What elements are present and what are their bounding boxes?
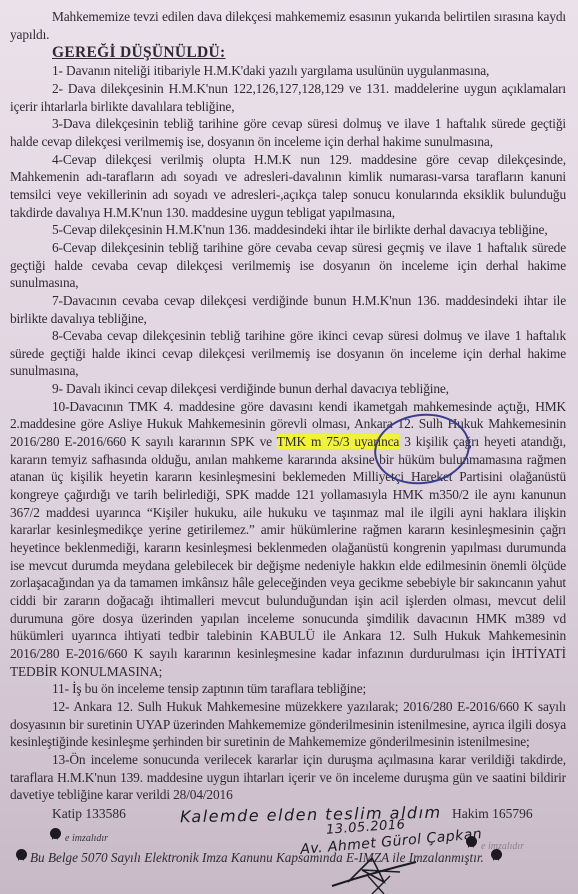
decision-item: 7-Davacının cevaba cevap dilekçesi verdi… bbox=[10, 292, 566, 327]
judge-label: Hakim 165796 bbox=[452, 806, 533, 822]
decision-items: 1- Davanın niteliği itibariyle H.M.K'dak… bbox=[10, 62, 566, 804]
court-document: Mahkememize tevzi edilen dava dilekçesi … bbox=[10, 8, 566, 804]
highlighted-text: TMK m 75/3 uyarınca bbox=[277, 434, 400, 449]
decision-item: 8-Cevaba cevap dilekçesinin tebliğ tarih… bbox=[10, 327, 566, 380]
decision-item: 13-Ön inceleme sonucunda verilecek karar… bbox=[10, 751, 566, 804]
decision-item: 3-Dava dilekçesinin tebliğ tarihine göre… bbox=[10, 115, 566, 150]
decision-item: 1- Davanın niteliği itibariyle H.M.K'dak… bbox=[10, 62, 566, 80]
signature-scrawl bbox=[328, 852, 438, 894]
item10-text-cont: 3 kişilik çağrı heyeti atandığı, kararın… bbox=[10, 434, 566, 679]
decision-item-10: 10-Davacının TMK 4. maddesine göre davas… bbox=[10, 398, 566, 681]
decision-item: 6-Cevap dilekçesinin tebliğ tarihine gör… bbox=[10, 239, 566, 292]
decision-item: 5-Cevap dilekçesinin H.M.K'nun 136. madd… bbox=[10, 221, 566, 239]
decision-item: 11- İş bu ön inceleme tensip zaptının tü… bbox=[10, 680, 566, 698]
rosette-seal-icon bbox=[491, 849, 502, 864]
decision-item: 9- Davalı ikinci cevap dilekçesi verdiği… bbox=[10, 380, 566, 398]
clerk-label: Katip 133586 bbox=[52, 806, 126, 822]
decision-item: 4-Cevap dilekçesi verilmiş olupta H.M.K … bbox=[10, 151, 566, 222]
decision-item: 2- Dava dilekçesinin H.M.K'nun 122,126,1… bbox=[10, 80, 566, 115]
e-signed-label: e imzalıdır bbox=[65, 833, 108, 844]
intro-paragraph: Mahkememize tevzi edilen dava dilekçesi … bbox=[10, 8, 566, 43]
rosette-seal-icon bbox=[50, 828, 61, 843]
decision-item: 12- Ankara 12. Sulh Hukuk Mahkemesine mü… bbox=[10, 698, 566, 751]
decision-heading: GEREĞİ DÜŞÜNÜLDÜ: bbox=[52, 43, 566, 62]
rosette-seal-icon bbox=[16, 849, 27, 864]
clerk-esign: e imzalıdır bbox=[50, 828, 108, 846]
